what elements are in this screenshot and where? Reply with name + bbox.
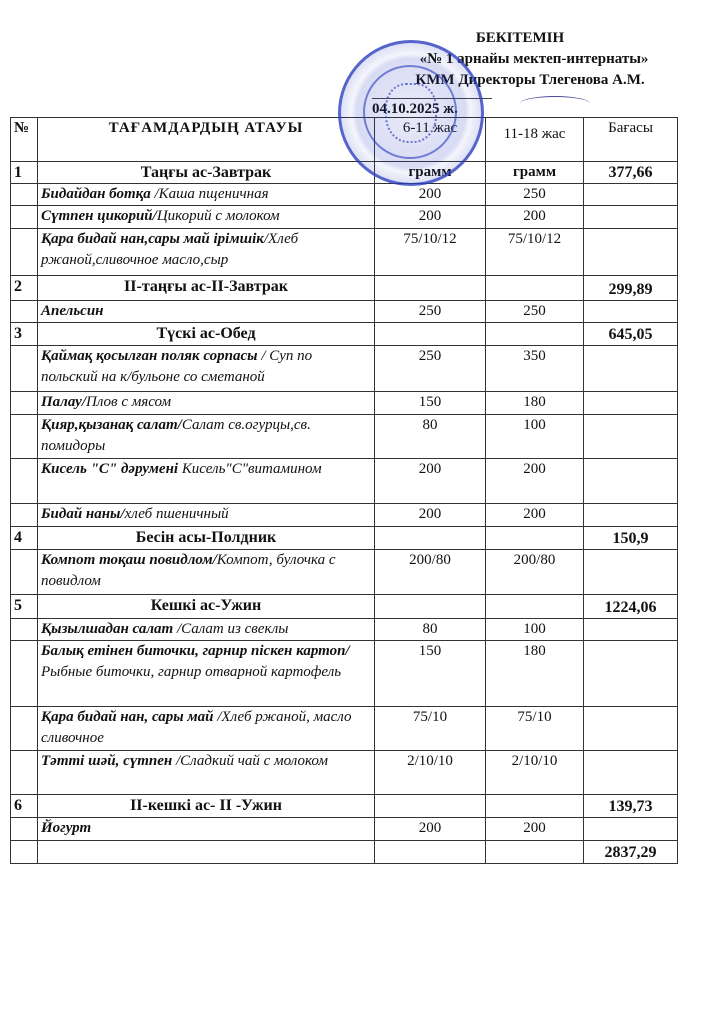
section-row: 6ІІ-кешкі ас- ІІ -Ужин139,73	[11, 795, 678, 818]
dish-price	[584, 504, 678, 527]
section-number: 4	[11, 527, 38, 550]
dish-price	[584, 619, 678, 641]
dish-row: Апельсин250250	[11, 301, 678, 323]
qty-11-18	[486, 595, 584, 619]
section-row: 4Бесін асы-Полдник150,9	[11, 527, 678, 550]
dish-name-kz: Қара бидай нан, сары май	[41, 709, 214, 725]
dish-number-cell	[11, 459, 38, 504]
dish-row: Қызылшадан салат /Салат из свеклы80100	[11, 619, 678, 641]
dish-name-kz: Апельсин	[41, 303, 104, 319]
qty-6-11: 250	[375, 346, 486, 392]
qty-6-11: 75/10	[375, 707, 486, 751]
qty-11-18: 200	[486, 504, 584, 527]
dish-price	[584, 301, 678, 323]
dish-row: Тәтті шәй, сүтпен /Сладкий чай с молоком…	[11, 751, 678, 795]
dish-row: Кисель "С" дәрумені Кисель"С"витамином20…	[11, 459, 678, 504]
dish-number-cell	[11, 184, 38, 206]
dish-name: Тәтті шәй, сүтпен /Сладкий чай с молоком	[38, 751, 375, 795]
total-name-cell	[38, 841, 375, 864]
dish-name: Сүтпен цикорий/Цикорий с молоком	[38, 206, 375, 229]
menu-table: № ТАҒАМДАРДЫҢ АТАУЫ 6-11 жас 11-18 жас Б…	[10, 117, 678, 864]
qty-6-11: 200	[375, 459, 486, 504]
qty-11-18: 75/10/12	[486, 229, 584, 276]
qty-11-18	[486, 276, 584, 301]
section-number: 2	[11, 276, 38, 301]
section-title: Бесін асы-Полдник	[38, 527, 375, 550]
dish-name: Қияр,қызанақ салат/Салат св.огурцы,св. п…	[38, 415, 375, 459]
dish-name-ru: хлеб пшеничный	[125, 506, 229, 522]
total-qty-a-cell	[375, 841, 486, 864]
dish-row: Палау/Плов с мясом150180	[11, 392, 678, 415]
qty-6-11	[375, 595, 486, 619]
dish-name-kz: Кисель "С" дәрумені	[41, 461, 178, 477]
dish-name-kz: Қара бидай нан,сары май ірімшік	[41, 231, 264, 247]
dish-name: Бидайдан ботқа /Каша пщеничная	[38, 184, 375, 206]
header-price: Бағасы	[584, 118, 678, 162]
dish-number-cell	[11, 641, 38, 707]
dish-price	[584, 751, 678, 795]
dish-name: Қара бидай нан, сары май /Хлеб ржаной, м…	[38, 707, 375, 751]
qty-11-18: 350	[486, 346, 584, 392]
dish-number-cell	[11, 346, 38, 392]
dish-name-ru: Кисель"С"витамином	[178, 461, 321, 477]
qty-11-18: 200/80	[486, 550, 584, 595]
dish-name-ru: Плов с мясом	[86, 394, 171, 410]
dish-name: Қара бидай нан,сары май ірімшік/Хлеб ржа…	[38, 229, 375, 276]
dish-number-cell	[11, 751, 38, 795]
signature-mark	[520, 96, 590, 111]
qty-6-11	[375, 527, 486, 550]
qty-6-11: 200	[375, 184, 486, 206]
qty-6-11: 250	[375, 301, 486, 323]
dish-name: Қаймақ қосылған поляк сорпасы / Суп по п…	[38, 346, 375, 392]
qty-6-11: 200	[375, 206, 486, 229]
section-title: Түскі ас-Обед	[38, 323, 375, 346]
approval-title: БЕКІТЕМІН	[360, 28, 680, 49]
qty-11-18: 250	[486, 301, 584, 323]
dish-row: Йогурт200200	[11, 818, 678, 841]
section-number: 3	[11, 323, 38, 346]
dish-name-kz: Палау/	[41, 394, 86, 410]
qty-6-11: 80	[375, 619, 486, 641]
dish-price	[584, 346, 678, 392]
qty-6-11	[375, 276, 486, 301]
total-qty-b-cell	[486, 841, 584, 864]
qty-11-18: 180	[486, 641, 584, 707]
dish-name-kz: Тәтті шәй, сүтпен	[41, 753, 172, 769]
qty-6-11: 200	[375, 818, 486, 841]
dish-row: Қияр,қызанақ салат/Салат св.огурцы,св. п…	[11, 415, 678, 459]
qty-6-11: 150	[375, 392, 486, 415]
section-title: ІІ-таңғы ас-ІІ-Завтрак	[38, 276, 375, 301]
qty-6-11	[375, 323, 486, 346]
unit-6-11: грамм	[375, 162, 486, 184]
dish-row: Балық етінен биточки, гарнир піскен карт…	[11, 641, 678, 707]
dish-name: Қызылшадан салат /Салат из свеклы	[38, 619, 375, 641]
qty-11-18: 200	[486, 206, 584, 229]
dish-price	[584, 206, 678, 229]
dish-row: Бидай наны/хлеб пшеничный200200	[11, 504, 678, 527]
section-title: Кешкі ас-Ужин	[38, 595, 375, 619]
section-number: 6	[11, 795, 38, 818]
dish-price	[584, 641, 678, 707]
dish-name-ru: /Салат из свеклы	[173, 621, 288, 637]
total-price: 2837,29	[584, 841, 678, 864]
approval-school: «№ 1 арнайы мектеп-интернаты»	[388, 49, 680, 70]
menu-body: 1Таңғы ас-Завтракграммграмм377,66Бидайда…	[11, 162, 678, 864]
section-row: 5Кешкі ас-Ужин1224,06	[11, 595, 678, 619]
qty-6-11: 150	[375, 641, 486, 707]
dish-name-kz: Бидай наны/	[41, 506, 125, 522]
total-no-cell	[11, 841, 38, 864]
section-price: 150,9	[584, 527, 678, 550]
qty-6-11: 200/80	[375, 550, 486, 595]
section-price: 299,89	[584, 276, 678, 301]
section-price: 645,05	[584, 323, 678, 346]
qty-11-18: 200	[486, 459, 584, 504]
dish-name-kz: Йогурт	[41, 820, 91, 836]
qty-6-11: 80	[375, 415, 486, 459]
section-number: 1	[11, 162, 38, 184]
section-price: 139,73	[584, 795, 678, 818]
section-number: 5	[11, 595, 38, 619]
dish-name-ru: /Сладкий чай с молоком	[172, 753, 328, 769]
dish-name-ru: Рыбные биточки, гарнир отварной картофел…	[41, 664, 341, 680]
dish-price	[584, 459, 678, 504]
dish-price	[584, 415, 678, 459]
dish-name-ru: /Каша пщеничная	[151, 186, 269, 202]
qty-11-18	[486, 323, 584, 346]
dish-price	[584, 707, 678, 751]
section-title: ІІ-кешкі ас- ІІ -Ужин	[38, 795, 375, 818]
dish-name: Бидай наны/хлеб пшеничный	[38, 504, 375, 527]
section-price: 1224,06	[584, 595, 678, 619]
section-row: 1Таңғы ас-Завтракграммграмм377,66	[11, 162, 678, 184]
qty-11-18: 75/10	[486, 707, 584, 751]
approval-date: 04.10.2025 ж.	[372, 101, 458, 118]
dish-number-cell	[11, 392, 38, 415]
dish-number-cell	[11, 707, 38, 751]
dish-number-cell	[11, 818, 38, 841]
section-title: Таңғы ас-Завтрак	[38, 162, 375, 184]
dish-number-cell	[11, 504, 38, 527]
dish-row: Компот тоқаш повидлом/Компот, булочка с …	[11, 550, 678, 595]
qty-11-18: 250	[486, 184, 584, 206]
dish-row: Қара бидай нан, сары май /Хлеб ржаной, м…	[11, 707, 678, 751]
approval-director: КММ Директоры Тлегенова А.М.	[380, 70, 680, 91]
section-row: 3Түскі ас-Обед645,05	[11, 323, 678, 346]
dish-name-ru: Цикорий с молоком	[157, 208, 280, 224]
dish-price	[584, 392, 678, 415]
dish-number-cell	[11, 619, 38, 641]
qty-6-11: 75/10/12	[375, 229, 486, 276]
date-underline	[372, 98, 492, 99]
dish-name: Апельсин	[38, 301, 375, 323]
dish-name-kz: Балық етінен биточки, гарнир піскен карт…	[41, 643, 350, 659]
qty-11-18: 2/10/10	[486, 751, 584, 795]
qty-6-11: 200	[375, 504, 486, 527]
qty-11-18	[486, 527, 584, 550]
qty-11-18	[486, 795, 584, 818]
qty-11-18: 100	[486, 415, 584, 459]
dish-name: Балық етінен биточки, гарнир піскен карт…	[38, 641, 375, 707]
qty-6-11: 2/10/10	[375, 751, 486, 795]
total-row: 2837,29	[11, 841, 678, 864]
qty-11-18: 100	[486, 619, 584, 641]
dish-price	[584, 184, 678, 206]
dish-row: Қара бидай нан,сары май ірімшік/Хлеб ржа…	[11, 229, 678, 276]
section-price: 377,66	[584, 162, 678, 184]
dish-row: Бидайдан ботқа /Каша пщеничная200250	[11, 184, 678, 206]
dish-number-cell	[11, 550, 38, 595]
dish-name-kz: Қияр,қызанақ салат/	[41, 417, 182, 433]
header-name: ТАҒАМДАРДЫҢ АТАУЫ	[38, 118, 375, 162]
dish-price	[584, 550, 678, 595]
dish-row: Қаймақ қосылған поляк сорпасы / Суп по п…	[11, 346, 678, 392]
section-row: 2ІІ-таңғы ас-ІІ-Завтрак299,89	[11, 276, 678, 301]
dish-number-cell	[11, 301, 38, 323]
dish-name-kz: Қаймақ қосылған поляк сорпасы	[41, 348, 258, 364]
header-age-6-11: 6-11 жас	[375, 118, 486, 162]
approval-block: БЕКІТЕМІН «№ 1 арнайы мектеп-интернаты» …	[360, 28, 680, 91]
qty-11-18: 180	[486, 392, 584, 415]
dish-number-cell	[11, 206, 38, 229]
dish-name: Йогурт	[38, 818, 375, 841]
header-no: №	[11, 118, 38, 162]
header-age-11-18: 11-18 жас	[486, 118, 584, 162]
dish-price	[584, 818, 678, 841]
dish-name-kz: Қызылшадан салат	[41, 621, 173, 637]
header-row: № ТАҒАМДАРДЫҢ АТАУЫ 6-11 жас 11-18 жас Б…	[11, 118, 678, 162]
dish-name-kz: Компот тоқаш повидлом/	[41, 552, 217, 568]
qty-11-18: 200	[486, 818, 584, 841]
dish-row: Сүтпен цикорий/Цикорий с молоком200200	[11, 206, 678, 229]
dish-number-cell	[11, 415, 38, 459]
dish-name-kz: Бидайдан ботқа	[41, 186, 151, 202]
dish-name-kz: Сүтпен цикорий/	[41, 208, 157, 224]
unit-11-18: грамм	[486, 162, 584, 184]
dish-name: Кисель "С" дәрумені Кисель"С"витамином	[38, 459, 375, 504]
dish-price	[584, 229, 678, 276]
qty-6-11	[375, 795, 486, 818]
dish-name: Палау/Плов с мясом	[38, 392, 375, 415]
dish-number-cell	[11, 229, 38, 276]
dish-name: Компот тоқаш повидлом/Компот, булочка с …	[38, 550, 375, 595]
